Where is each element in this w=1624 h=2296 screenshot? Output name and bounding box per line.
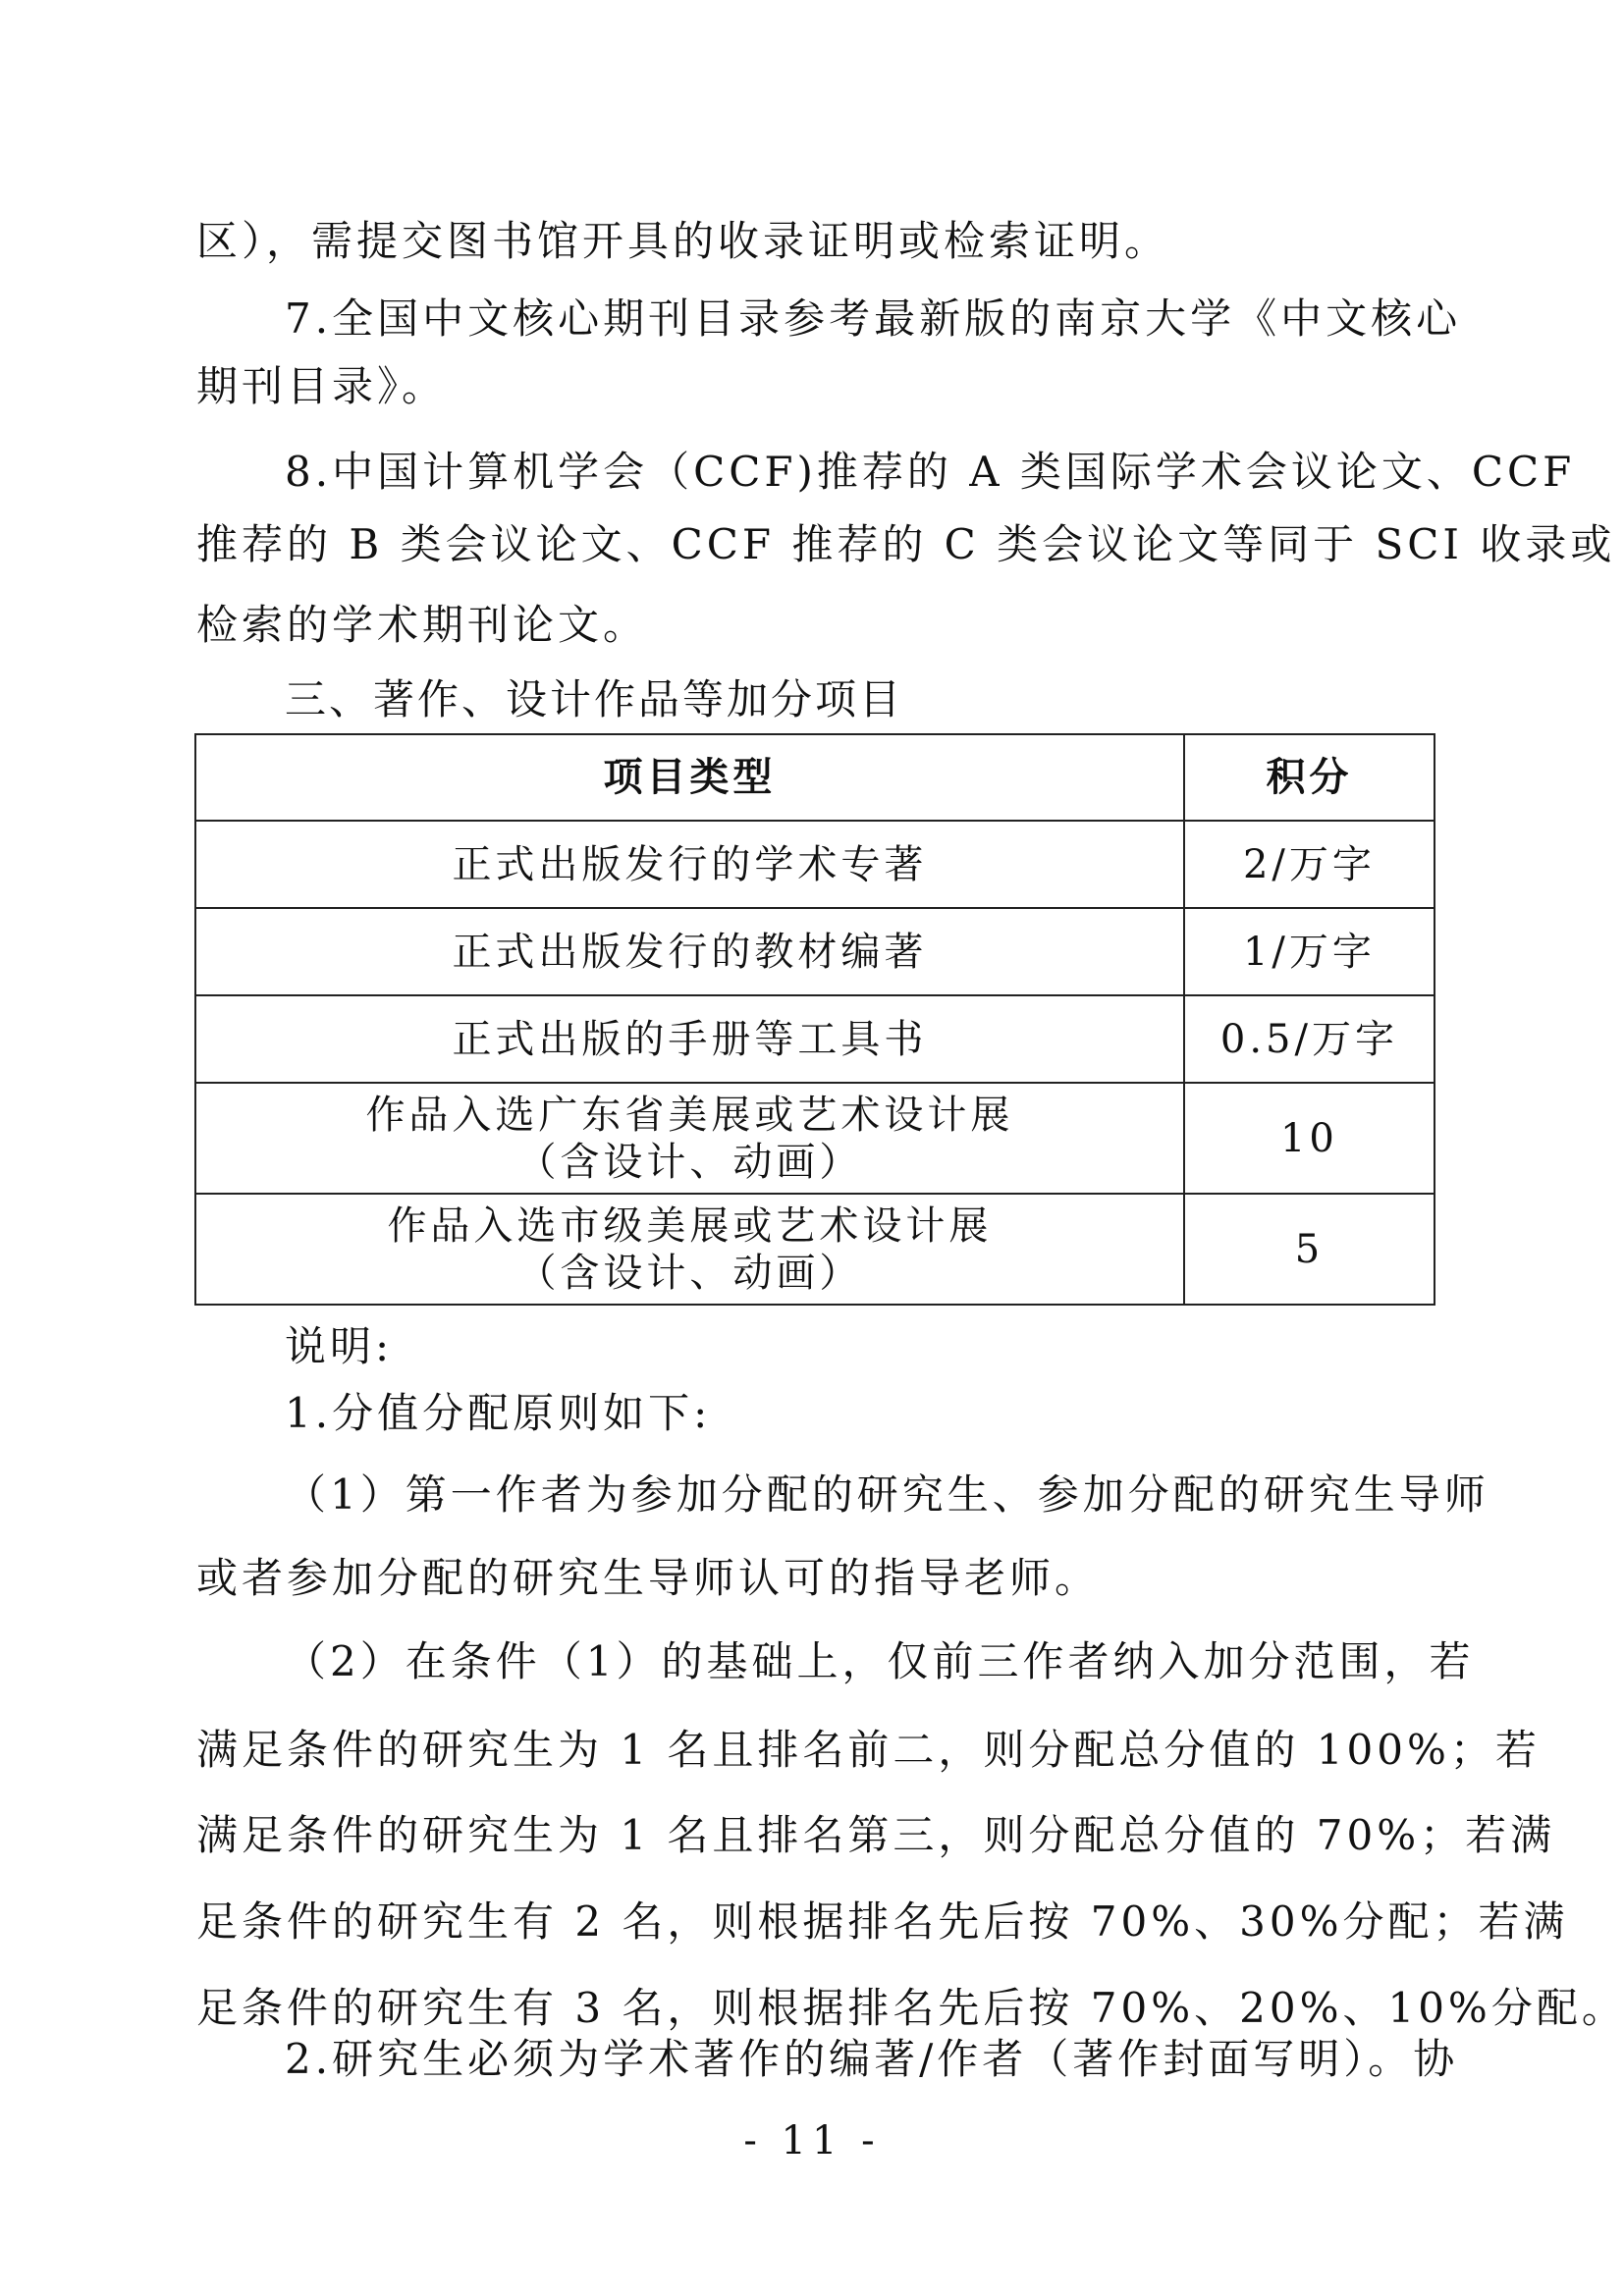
cell-type: 作品入选市级美展或艺术设计展 （含设计、动画） (195, 1194, 1184, 1305)
note-line: 足条件的研究生有 2 名，则根据排名先后按 70%、30%分配；若满 (196, 1895, 1435, 1949)
table-row: 正式出版发行的学术专著 2/万字 (195, 821, 1435, 908)
table-row: 正式出版的手册等工具书 0.5/万字 (195, 995, 1435, 1083)
cell-score: 1/万字 (1184, 908, 1435, 995)
cell-score: 2/万字 (1184, 821, 1435, 908)
cell-score: 5 (1184, 1194, 1435, 1305)
cell-type-line1: 作品入选市级美展或艺术设计展 (196, 1202, 1183, 1250)
paragraph-line: 期刊目录》。 (196, 359, 1435, 414)
table-row: 作品入选广东省美展或艺术设计展 （含设计、动画） 10 (195, 1083, 1435, 1194)
paragraph-line: 推荐的 B 类会议论文、CCF 推荐的 C 类会议论文等同于 SCI 收录或 (196, 517, 1435, 572)
cell-type: 正式出版的手册等工具书 (195, 995, 1184, 1083)
cell-type: 正式出版发行的学术专著 (195, 821, 1184, 908)
cell-type: 正式出版发行的教材编著 (195, 908, 1184, 995)
note-line: （2）在条件（1）的基础上，仅前三作者纳入加分范围，若 (285, 1634, 1435, 1689)
cell-score: 10 (1184, 1083, 1435, 1194)
note-line: 满足条件的研究生为 1 名且排名前二，则分配总分值的 100%；若 (196, 1723, 1435, 1778)
section-heading: 三、著作、设计作品等加分项目 (285, 672, 903, 727)
note-line: 足条件的研究生有 3 名，则根据排名先后按 70%、20%、10%分配。 (196, 1981, 1435, 2036)
cell-type-line2: （含设计、动画） (196, 1250, 1183, 1297)
paragraph-line: 区），需提交图书馆开具的收录证明或检索证明。 (196, 214, 1435, 269)
paragraph-line: 检索的学术期刊论文。 (196, 598, 1435, 653)
note-line: （1）第一作者为参加分配的研究生、参加分配的研究生导师 (285, 1468, 1435, 1522)
cell-type-line2: （含设计、动画） (196, 1139, 1183, 1186)
table-header-row: 项目类型 积分 (195, 734, 1435, 821)
table-row: 作品入选市级美展或艺术设计展 （含设计、动画） 5 (195, 1194, 1435, 1305)
cell-score: 0.5/万字 (1184, 995, 1435, 1083)
note-line: 说明: (285, 1319, 1435, 1374)
score-table: 项目类型 积分 正式出版发行的学术专著 2/万字 正式出版发行的教材编著 1/万… (194, 733, 1435, 1306)
note-line: 2.研究生必须为学术著作的编著/作者（著作封面写明）。协 (285, 2032, 1435, 2087)
paragraph-line: 8.中国计算机学会（CCF)推荐的 A 类国际学术会议论文、CCF (285, 445, 1435, 500)
note-line: 满足条件的研究生为 1 名且排名第三，则分配总分值的 70%；若满 (196, 1808, 1435, 1863)
paragraph-line: 7.全国中文核心期刊目录参考最新版的南京大学《中文核心 (285, 292, 1435, 347)
cell-type-line1: 作品入选广东省美展或艺术设计展 (196, 1092, 1183, 1139)
page-number: - 11 - (0, 2118, 1624, 2163)
column-header-type: 项目类型 (195, 734, 1184, 821)
note-line: 或者参加分配的研究生导师认可的指导老师。 (196, 1551, 1435, 1606)
cell-type: 作品入选广东省美展或艺术设计展 （含设计、动画） (195, 1083, 1184, 1194)
column-header-score: 积分 (1184, 734, 1435, 821)
note-line: 1.分值分配原则如下: (285, 1386, 1435, 1441)
table-row: 正式出版发行的教材编著 1/万字 (195, 908, 1435, 995)
